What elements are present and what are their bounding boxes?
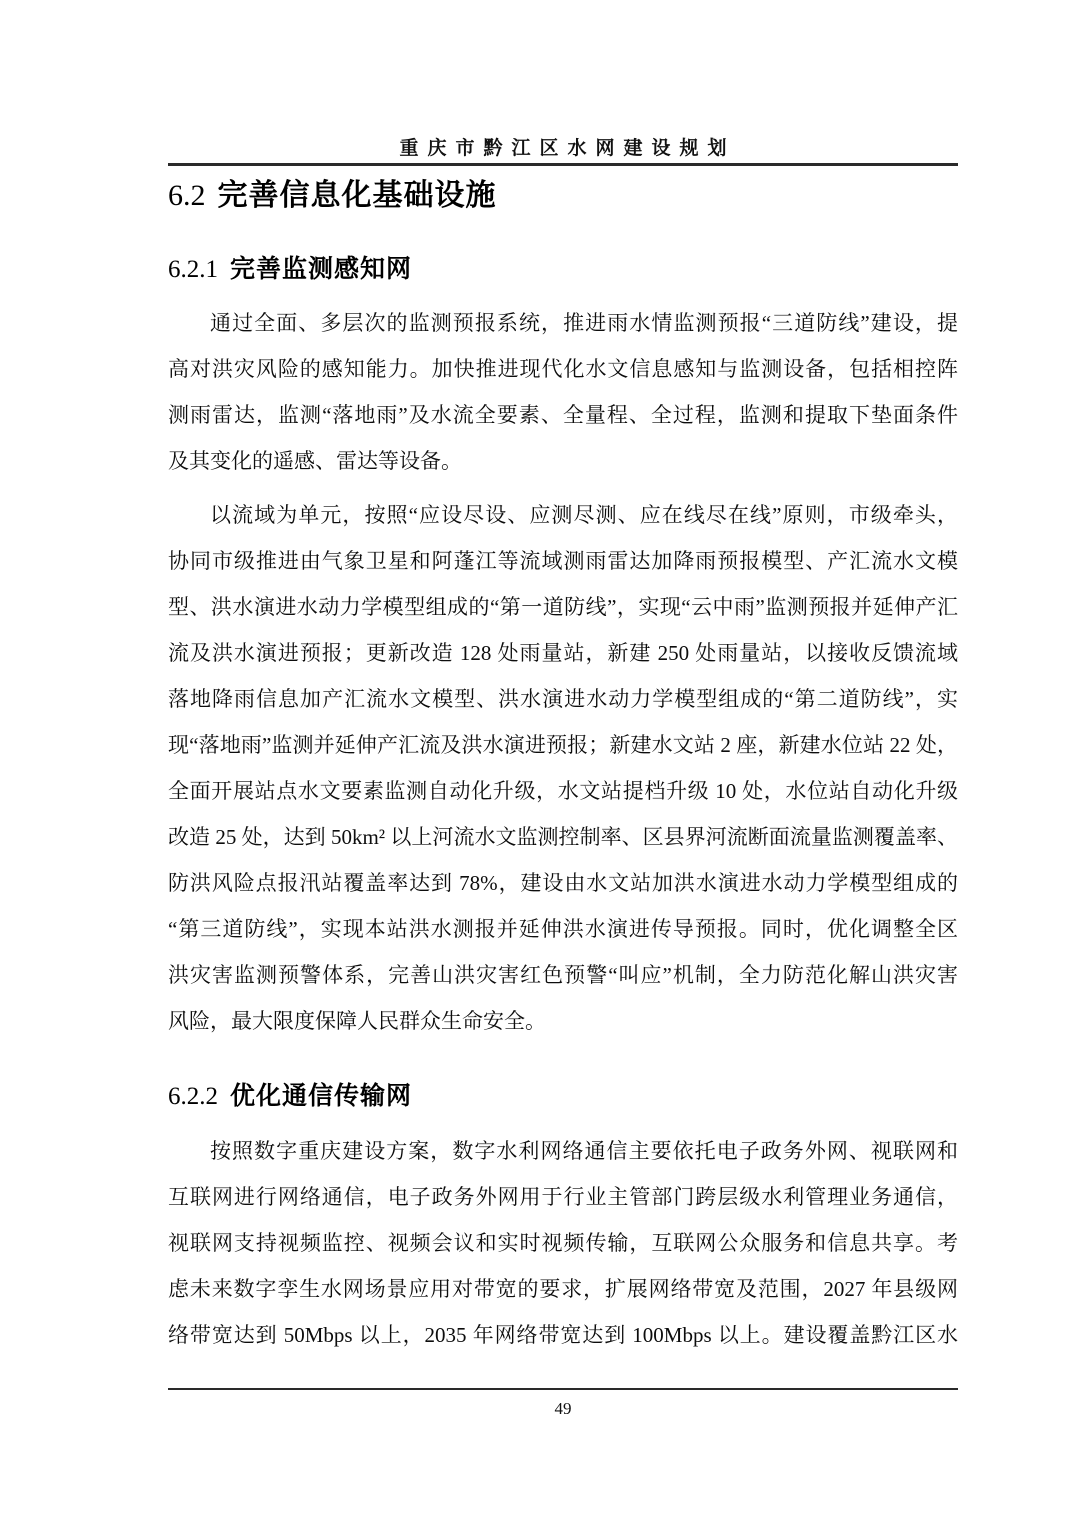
header-rule: [168, 163, 958, 166]
text-line: 互联网进行网络通信，电子政务外网用于行业主管部门跨层级水利管理业务通信，: [168, 1174, 958, 1220]
section-number: 6.2: [168, 179, 206, 212]
text-line: 以流域为单元，按照“应设尽设、应测尽测、应在线尽在线”原则，市级牵头，: [168, 492, 958, 538]
section-title: 完善信息化基础设施: [218, 179, 497, 212]
page-header-title: 重庆市黔江区水网建设规划: [168, 133, 958, 160]
page-number: 49: [168, 1397, 958, 1421]
section-heading-6-2: 6.2完善信息化基础设施: [168, 176, 958, 216]
text-line: 改造 25 处，达到 50km² 以上河流水文监测控制率、区县界河流断面流量监测…: [168, 814, 958, 860]
subsection-title: 优化通信传输网: [230, 1082, 412, 1110]
text-line: 全面开展站点水文要素监测自动化升级，水文站提档升级 10 处，水位站自动化升级: [168, 768, 958, 814]
text-line: 虑未来数字孪生水网场景应用对带宽的要求，扩展网络带宽及范围，2027 年县级网: [168, 1266, 958, 1312]
text-line: 高对洪灾风险的感知能力。加快推进现代化水文信息感知与监测设备，包括相控阵: [168, 346, 958, 392]
text-line: 风险，最大限度保障人民群众生命安全。: [168, 998, 958, 1044]
text-line: 测雨雷达，监测“落地雨”及水流全要素、全量程、全过程，监测和提取下垫面条件: [168, 392, 958, 438]
text-line: “第三道防线”，实现本站洪水测报并延伸洪水演进传导预报。同时，优化调整全区: [168, 906, 958, 952]
text-line: 通过全面、多层次的监测预报系统，推进雨水情监测预报“三道防线”建设，提: [168, 300, 958, 346]
subsection-title: 完善监测感知网: [230, 255, 412, 283]
document-page: 重庆市黔江区水网建设规划 6.2完善信息化基础设施 6.2.1完善监测感知网 通…: [0, 0, 1074, 1520]
subsection-number: 6.2.1: [168, 256, 218, 283]
text-line: 按照数字重庆建设方案，数字水利网络通信主要依托电子政务外网、视联网和: [168, 1128, 958, 1174]
text-line: 现“落地雨”监测并延伸产汇流及洪水演进预报；新建水文站 2 座，新建水位站 22…: [168, 722, 958, 768]
text-line: 协同市级推进由气象卫星和阿蓬江等流域测雨雷达加降雨预报模型、产汇流水文模: [168, 538, 958, 584]
text-line: 络带宽达到 50Mbps 以上，2035 年网络带宽达到 100Mbps 以上。…: [168, 1312, 958, 1358]
paragraph-monitoring-overview: 通过全面、多层次的监测预报系统，推进雨水情监测预报“三道防线”建设，提高对洪灾风…: [168, 300, 958, 484]
text-line: 流及洪水演进预报；更新改造 128 处雨量站，新建 250 处雨量站，以接收反馈…: [168, 630, 958, 676]
subsection-number: 6.2.2: [168, 1083, 218, 1110]
text-line: 防洪风险点报汛站覆盖率达到 78%，建设由水文站加洪水演进水动力学模型组成的: [168, 860, 958, 906]
text-line: 洪灾害监测预警体系，完善山洪灾害红色预警“叫应”机制，全力防范化解山洪灾害: [168, 952, 958, 998]
text-line: 视联网支持视频监控、视频会议和实时视频传输，互联网公众服务和信息共享。考: [168, 1220, 958, 1266]
footer-rule: [168, 1388, 958, 1390]
subsection-heading-6-2-2: 6.2.2优化通信传输网: [168, 1078, 958, 1115]
text-line: 型、洪水演进水动力学模型组成的“第一道防线”，实现“云中雨”监测预报并延伸产汇: [168, 584, 958, 630]
text-line: 及其变化的遥感、雷达等设备。: [168, 438, 958, 484]
paragraph-communication-network: 按照数字重庆建设方案，数字水利网络通信主要依托电子政务外网、视联网和互联网进行网…: [168, 1128, 958, 1358]
paragraph-three-defense-lines: 以流域为单元，按照“应设尽设、应测尽测、应在线尽在线”原则，市级牵头，协同市级推…: [168, 492, 958, 1044]
text-line: 落地降雨信息加产汇流水文模型、洪水演进水动力学模型组成的“第二道防线”，实: [168, 676, 958, 722]
subsection-heading-6-2-1: 6.2.1完善监测感知网: [168, 251, 958, 288]
